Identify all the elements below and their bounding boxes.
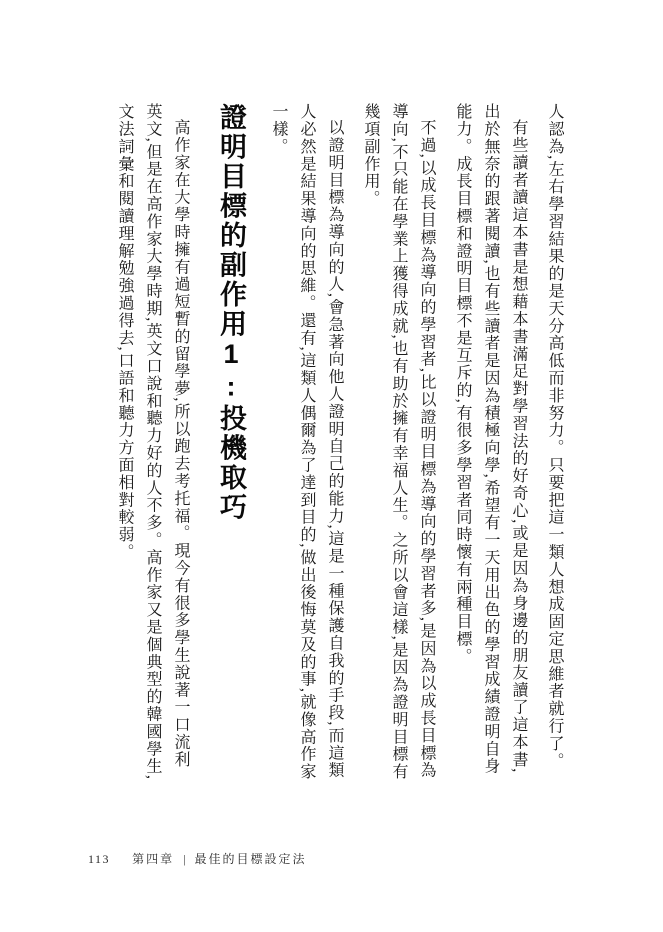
page-number: 113 (88, 852, 110, 867)
paragraph: 以證明目標為導向的人,會急著向他人證明自己的能力,這是一種保護自我的手段,而這類… (264, 103, 348, 785)
paragraph: 不過,以成長目標為導向的學習者,比以證明目標為導向的學習者多,是因為以成長目標為… (356, 103, 440, 785)
paragraph: 有些讀者讀這本書是想藉本書滿足對學習法的好奇心,或是因為身邊的朋友讀了這本書,出… (448, 103, 532, 785)
footer-separator: | (183, 852, 185, 867)
section-title: 最佳的目標設定法 (194, 850, 306, 867)
book-page: 人認為,左右學習結果的是天分高低而非努力。只要把這一類人想成固定思維者就行了。 … (0, 0, 663, 932)
page-footer: 113 第四章 | 最佳的目標設定法 (88, 850, 307, 867)
section-heading: 證明目標的副作用1:投機取巧 (210, 103, 252, 785)
paragraph-continuation: 人認為,左右學習結果的是天分高低而非努力。只要把這一類人想成固定思維者就行了。 (540, 103, 568, 785)
paragraph: 高作家在大學時擁有過短暫的留學夢,所以跑去考托福。現今有很多學生說著一口流利英文… (110, 103, 194, 785)
page-body: 人認為,左右學習結果的是天分高低而非努力。只要把這一類人想成固定思維者就行了。 … (102, 103, 568, 785)
chapter-label: 第四章 (132, 850, 174, 867)
